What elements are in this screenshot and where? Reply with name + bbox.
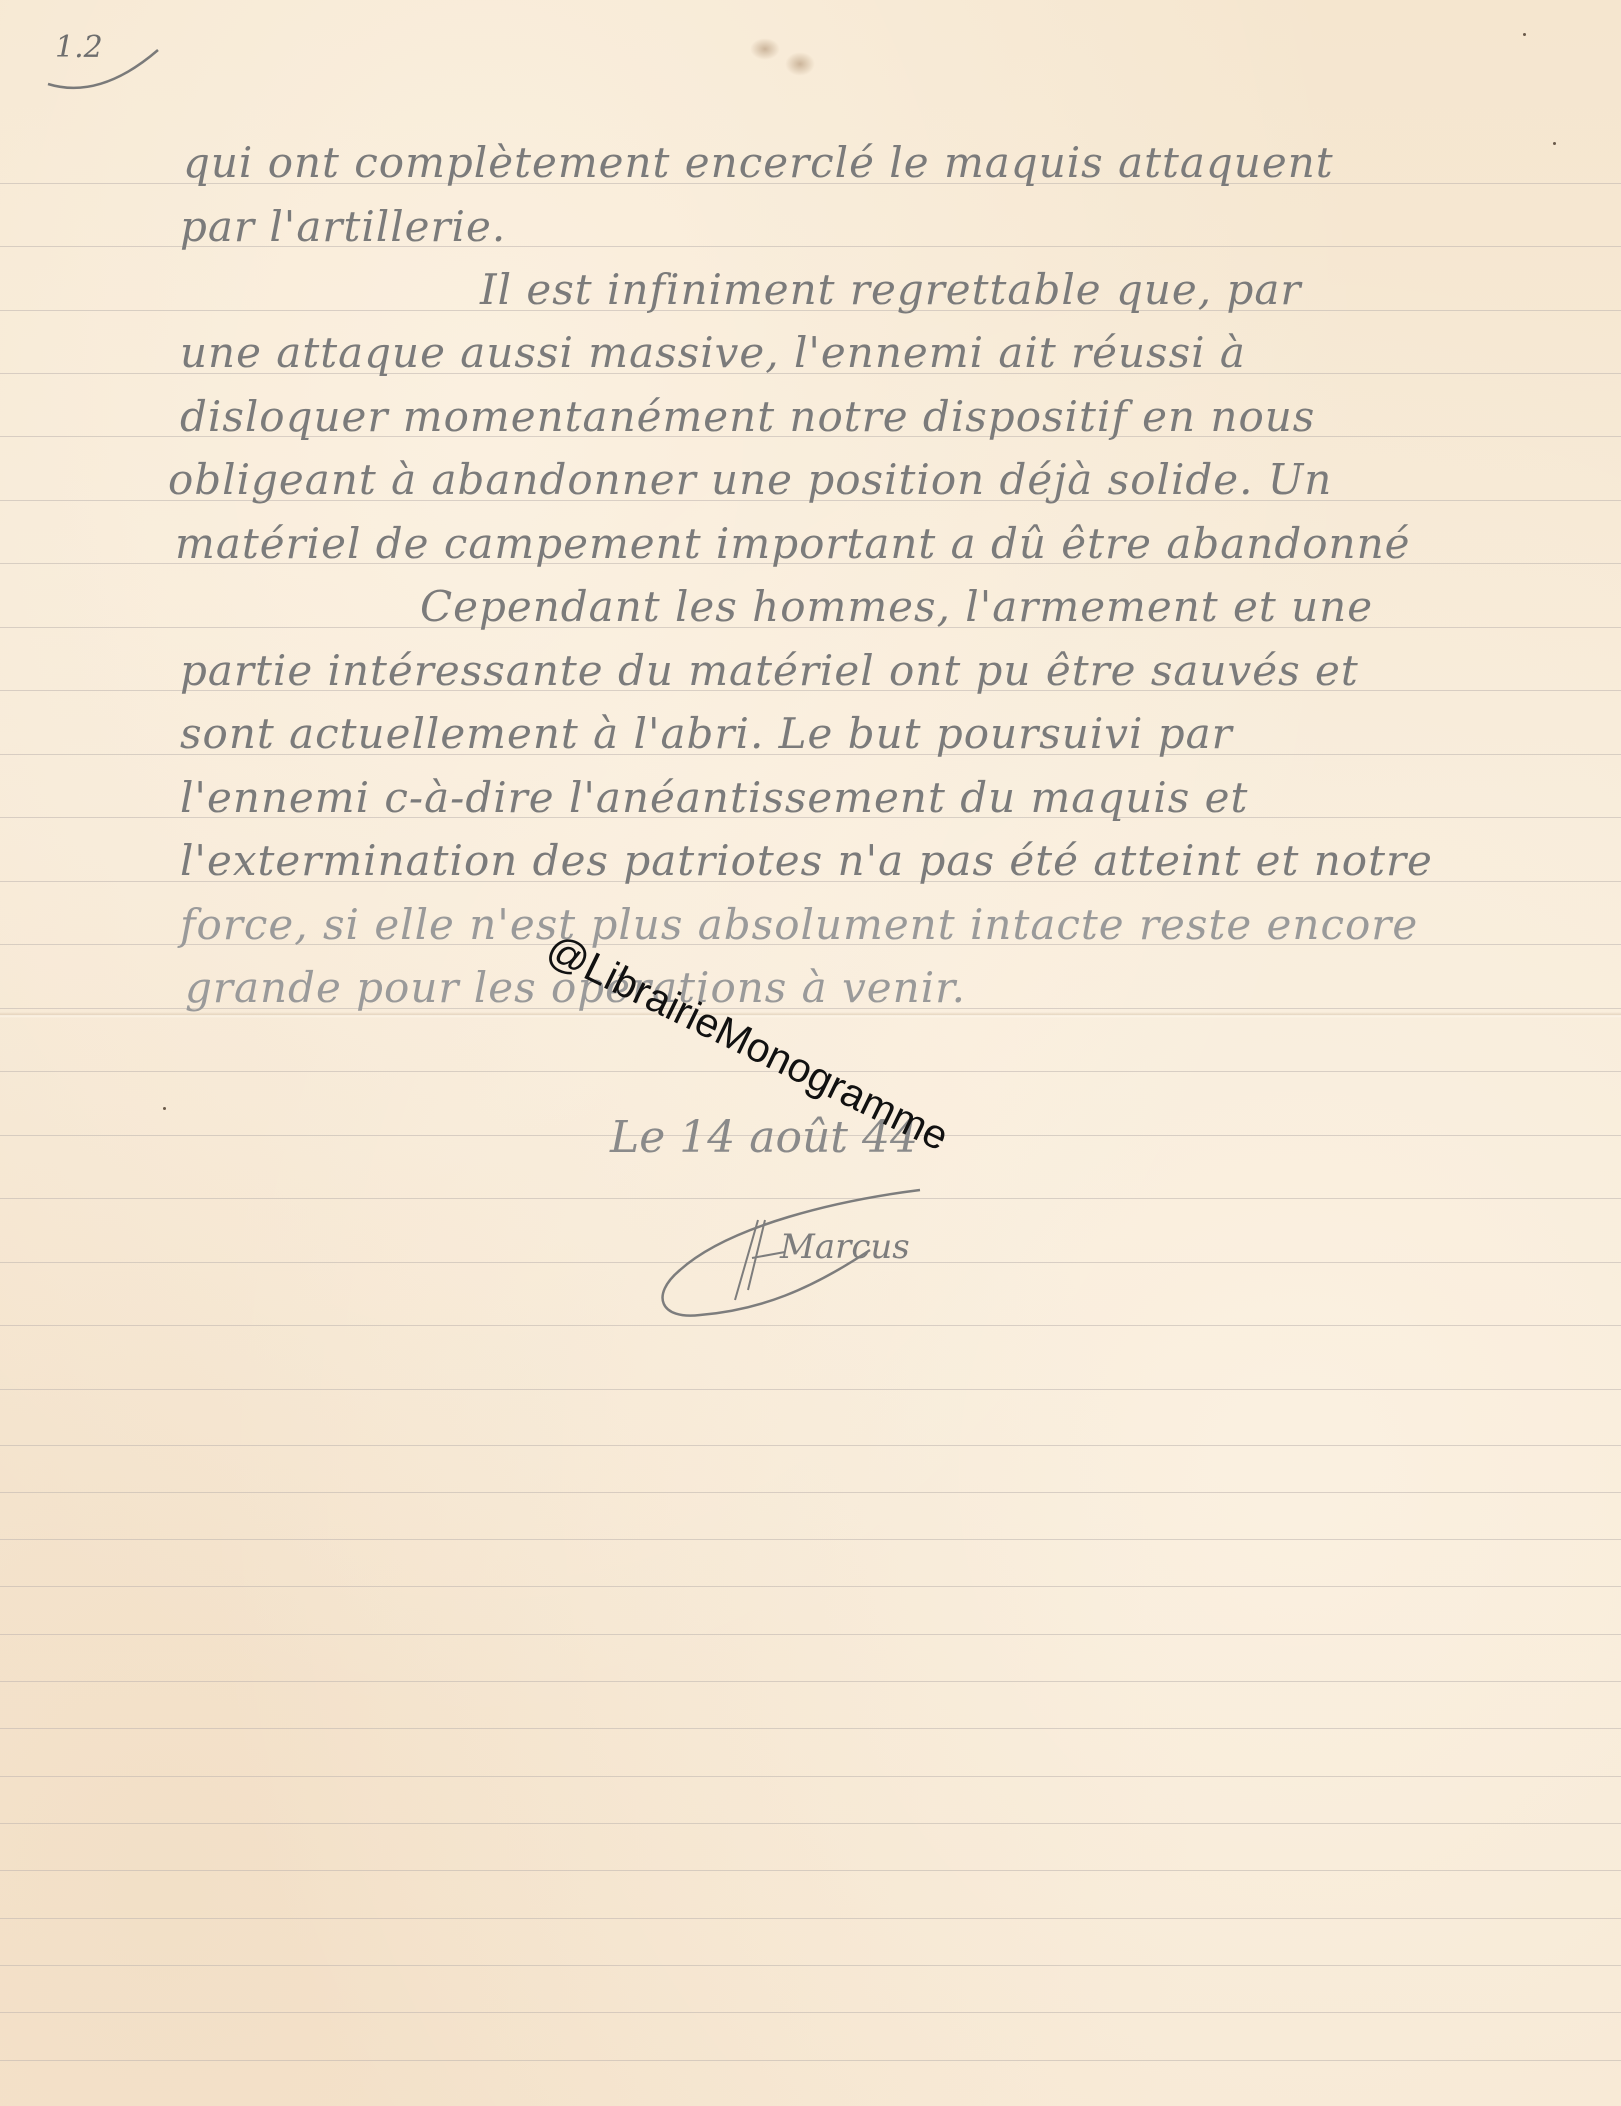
body-line: matériel de campement important a dû êtr… — [175, 519, 1410, 568]
body-line: par l'artillerie. — [180, 202, 506, 251]
ruled-line — [0, 1445, 1621, 1446]
ruled-line — [0, 1586, 1621, 1587]
ruled-line — [0, 1965, 1621, 1966]
ruled-line — [0, 1728, 1621, 1729]
body-line: obligeant à abandonner une position déjà… — [168, 455, 1332, 504]
paper-fold-crease — [0, 1012, 1621, 1018]
ruled-line — [0, 2012, 1621, 2013]
paper-speck — [163, 1107, 166, 1110]
ruled-line — [0, 1918, 1621, 1919]
body-line: Il est infiniment regrettable que, par — [480, 265, 1301, 314]
ruled-line — [0, 1389, 1621, 1390]
ruled-line — [0, 1870, 1621, 1871]
ruled-line — [0, 1539, 1621, 1540]
paper-speck — [1553, 142, 1556, 145]
signature-flourish: Marcus — [640, 1180, 1000, 1340]
letter-page: 1.2 qui ont complètement encerclé le maq… — [0, 0, 1621, 2106]
ruled-line — [0, 1681, 1621, 1682]
body-line: Cependant les hommes, l'armement et une — [420, 582, 1373, 631]
body-line: sont actuellement à l'abri. Le but pours… — [180, 709, 1233, 758]
body-line: l'ennemi c-à-dire l'anéantissement du ma… — [180, 773, 1248, 822]
body-line: force, si elle n'est plus absolument int… — [180, 900, 1418, 949]
body-line: qui ont complètement encerclé le maquis … — [183, 138, 1334, 187]
body-line: disloquer momentanément notre dispositif… — [180, 392, 1315, 441]
ruled-line — [0, 1823, 1621, 1824]
ruled-line — [0, 1492, 1621, 1493]
ruled-line — [0, 1776, 1621, 1777]
paper-speck — [1523, 33, 1526, 36]
paper-stain — [785, 52, 815, 76]
folio-number: 1.2 — [55, 30, 103, 65]
body-line: une attaque aussi massive, l'ennemi ait … — [180, 328, 1246, 377]
body-line: partie intéressante du matériel ont pu ê… — [180, 646, 1359, 695]
paper-stain — [750, 38, 780, 60]
signature-text: Marcus — [779, 1227, 910, 1267]
body-line: l'extermination des patriotes n'a pas ét… — [180, 836, 1433, 885]
ruled-line — [0, 1634, 1621, 1635]
ruled-line — [0, 2060, 1621, 2061]
